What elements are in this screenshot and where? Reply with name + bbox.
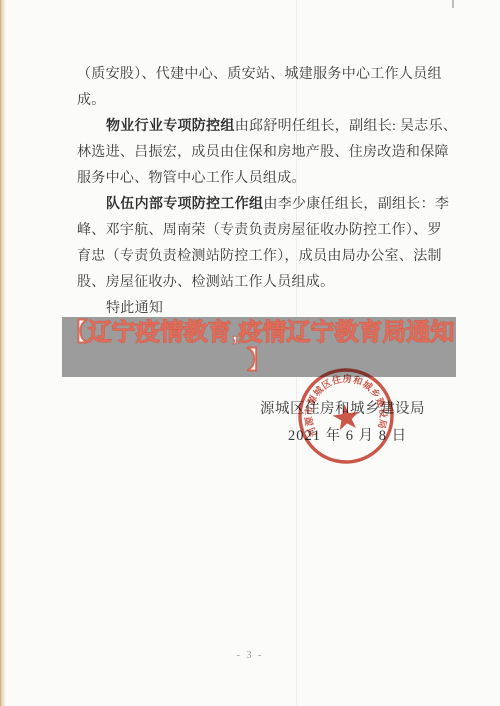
text-line: 峰、邓宇航、周南荣（专责负责房屋征收办防控工作）、罗 — [77, 218, 449, 244]
seal-arc-text: 河源市源城区住房和城乡建设局 — [297, 367, 391, 442]
page-number: - 3 - — [0, 650, 500, 661]
text-run: 由邱舒明任组长，副组长: 吴志乐、 — [235, 119, 458, 134]
text-run: 由李少康任组长，副组长：李 — [263, 197, 449, 212]
bold-run: 物业行业专项防控组 — [106, 119, 235, 134]
text-run: 峰、邓宇航、周南荣（专责负责房屋征收办防控工作）、罗 — [77, 223, 442, 238]
title-line-1: 【辽宁疫情教育,疫情辽宁教育局通知 — [64, 319, 455, 347]
seal-star-icon — [331, 402, 361, 431]
highlighted-title-overlay: 【辽宁疫情教育,疫情辽宁教育局通知 】 — [62, 317, 456, 377]
text-line: 服务中心、物管中心工作人员组成。 — [77, 166, 449, 192]
text-run: （质安股）、代建中心、质安站、城建服务中心工作人员组 — [77, 67, 442, 82]
text-line: 成。 — [77, 88, 449, 114]
text-line: 队伍内部专项防控工作组由李少康任组长，副组长：李 — [77, 192, 449, 218]
scan-edge-artifact — [0, 0, 6, 706]
title-line-2: 】 — [247, 347, 271, 375]
text-run: 股、房屋征收办、检测站工作人员组成。 — [77, 275, 334, 290]
text-run: 成。 — [77, 93, 106, 108]
text-line: 林选进、吕振宏，成员由住保和房地产股、住房改造和保障 — [77, 140, 449, 166]
bold-run: 队伍内部专项防控工作组 — [106, 197, 263, 212]
body-text: （质安股）、代建中心、质安站、城建服务中心工作人员组 成。 物业行业专项防控组由… — [77, 62, 449, 322]
document-page: （质安股）、代建中心、质安站、城建服务中心工作人员组 成。 物业行业专项防控组由… — [0, 0, 500, 706]
text-run: 服务中心、物管中心工作人员组成。 — [77, 171, 306, 186]
svg-text:河源市源城区住房和城乡建设局: 河源市源城区住房和城乡建设局 — [297, 367, 391, 442]
text-run: 林选进、吕振宏，成员由住保和房地产股、住房改造和保障 — [77, 145, 449, 160]
text-run: 育忠（专责负责检测站防控工作），成员由局办公室、法制 — [77, 249, 442, 264]
text-line: （质安股）、代建中心、质安站、城建服务中心工作人员组 — [77, 62, 449, 88]
text-line: 股、房屋征收办、检测站工作人员组成。 — [77, 270, 449, 296]
text-run: 特此通知 — [106, 301, 163, 316]
text-line: 育忠（专责负责检测站防控工作），成员由局办公室、法制 — [77, 244, 449, 270]
official-red-seal: 河源市源城区住房和城乡建设局 — [290, 360, 403, 473]
scan-corner-artifact — [452, 0, 454, 8]
text-line: 物业行业专项防控组由邱舒明任组长，副组长: 吴志乐、 — [77, 114, 449, 140]
